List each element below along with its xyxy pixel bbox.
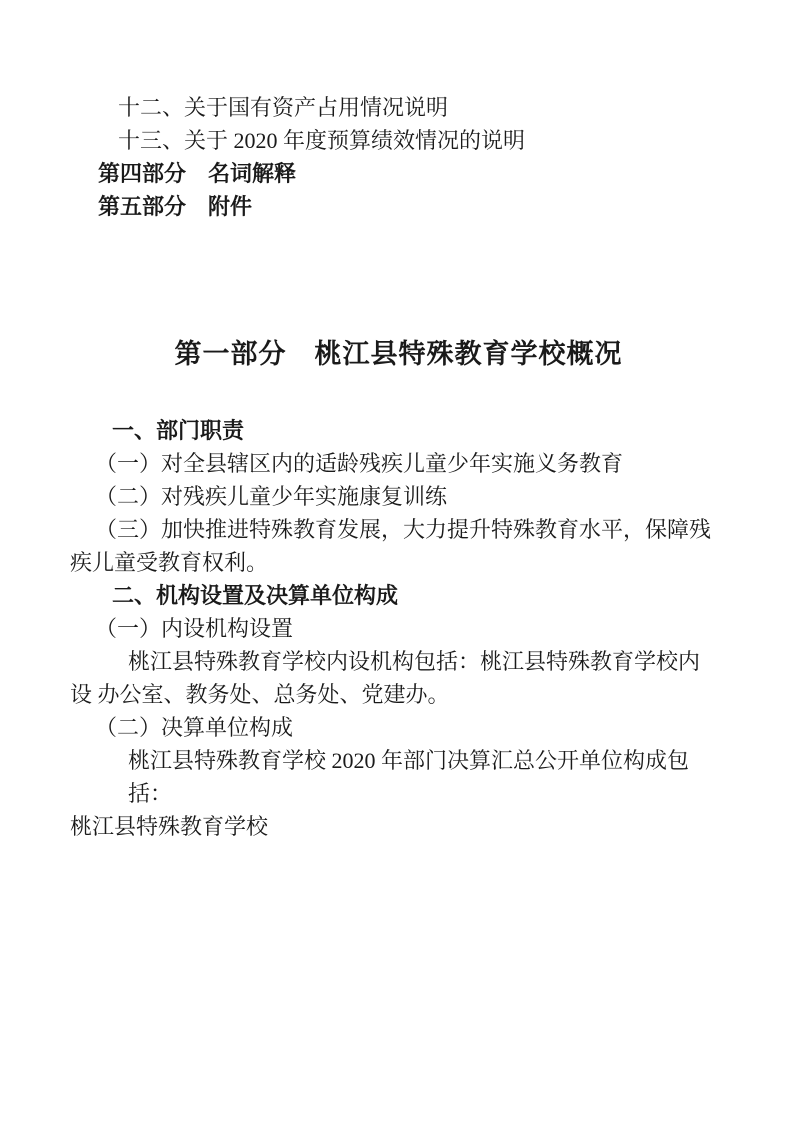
table-of-contents: 十二、关于国有资产占用情况说明十三、关于 2020 年度预算绩效情况的说明第四部…	[70, 91, 727, 223]
text-block: 十二、关于国有资产占用情况说明十三、关于 2020 年度预算绩效情况的说明第四部…	[70, 0, 727, 843]
text-line: 十二、关于国有资产占用情况说明	[70, 91, 727, 124]
text-line: （二）决算单位构成	[70, 711, 727, 744]
document-page: 十二、关于国有资产占用情况说明十三、关于 2020 年度预算绩效情况的说明第四部…	[0, 0, 793, 1122]
text-line: 桃江县特殊教育学校内设机构包括：桃江县特殊教育学校内	[70, 645, 727, 678]
document-body: 一、部门职责（一）对全县辖区内的适龄残疾儿童少年实施义务教育（二）对残疾儿童少年…	[70, 414, 727, 843]
text-line: （一）内设机构设置	[70, 612, 727, 645]
text-line: 十三、关于 2020 年度预算绩效情况的说明	[70, 124, 727, 157]
text-line: 桃江县特殊教育学校	[70, 810, 727, 843]
text-line: 第四部分 名词解释	[70, 157, 727, 190]
text-line: 第五部分 附件	[70, 190, 727, 223]
text-line: （二）对残疾儿童少年实施康复训练	[70, 480, 727, 513]
text-line: 桃江县特殊教育学校 2020 年部门决算汇总公开单位构成包括：	[70, 744, 727, 810]
text-line: （三）加快推进特殊教育发展，大力提升特殊教育水平，保障残	[70, 513, 727, 546]
text-line: 一、部门职责	[70, 414, 727, 447]
text-line: 二、机构设置及决算单位构成	[70, 579, 727, 612]
text-line: 设 办公室、教务处、总务处、党建办。	[70, 678, 727, 711]
section-title: 第一部分 桃江县特殊教育学校概况	[70, 334, 727, 374]
text-line: （一）对全县辖区内的适龄残疾儿童少年实施义务教育	[70, 447, 727, 480]
text-line: 疾儿童受教育权利。	[70, 546, 727, 579]
